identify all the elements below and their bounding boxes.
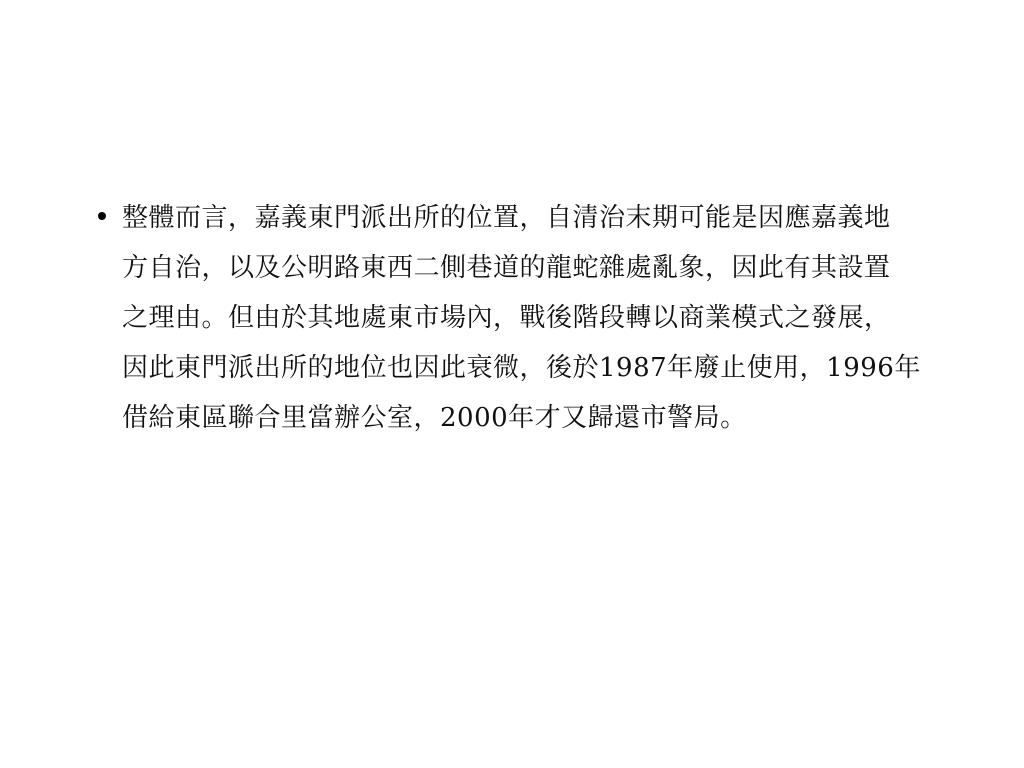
paragraph-line-3: 之理由。但由於其地處東市場內，戰後階段轉以商業模式之發展， [122, 293, 891, 343]
paragraph-line-2: 方自治，以及公明路東西二側巷道的龍蛇雜處亂象，因此有其設置 [122, 243, 891, 293]
paragraph-line-5: 借給東區聯合里當辦公室，2000年才又歸還市警局。 [122, 393, 747, 443]
paragraph-line-4: 因此東門派出所的地位也因此衰微，後於1987年廢止使用，1996年 [122, 343, 921, 393]
bullet-dot-icon [98, 212, 106, 220]
slide: 整體而言，嘉義東門派出所的位置，自清治末期可能是因應嘉義地 方自治，以及公明路東… [0, 0, 1024, 768]
paragraph-line-1: 整體而言，嘉義東門派出所的位置，自清治末期可能是因應嘉義地 [122, 193, 891, 243]
